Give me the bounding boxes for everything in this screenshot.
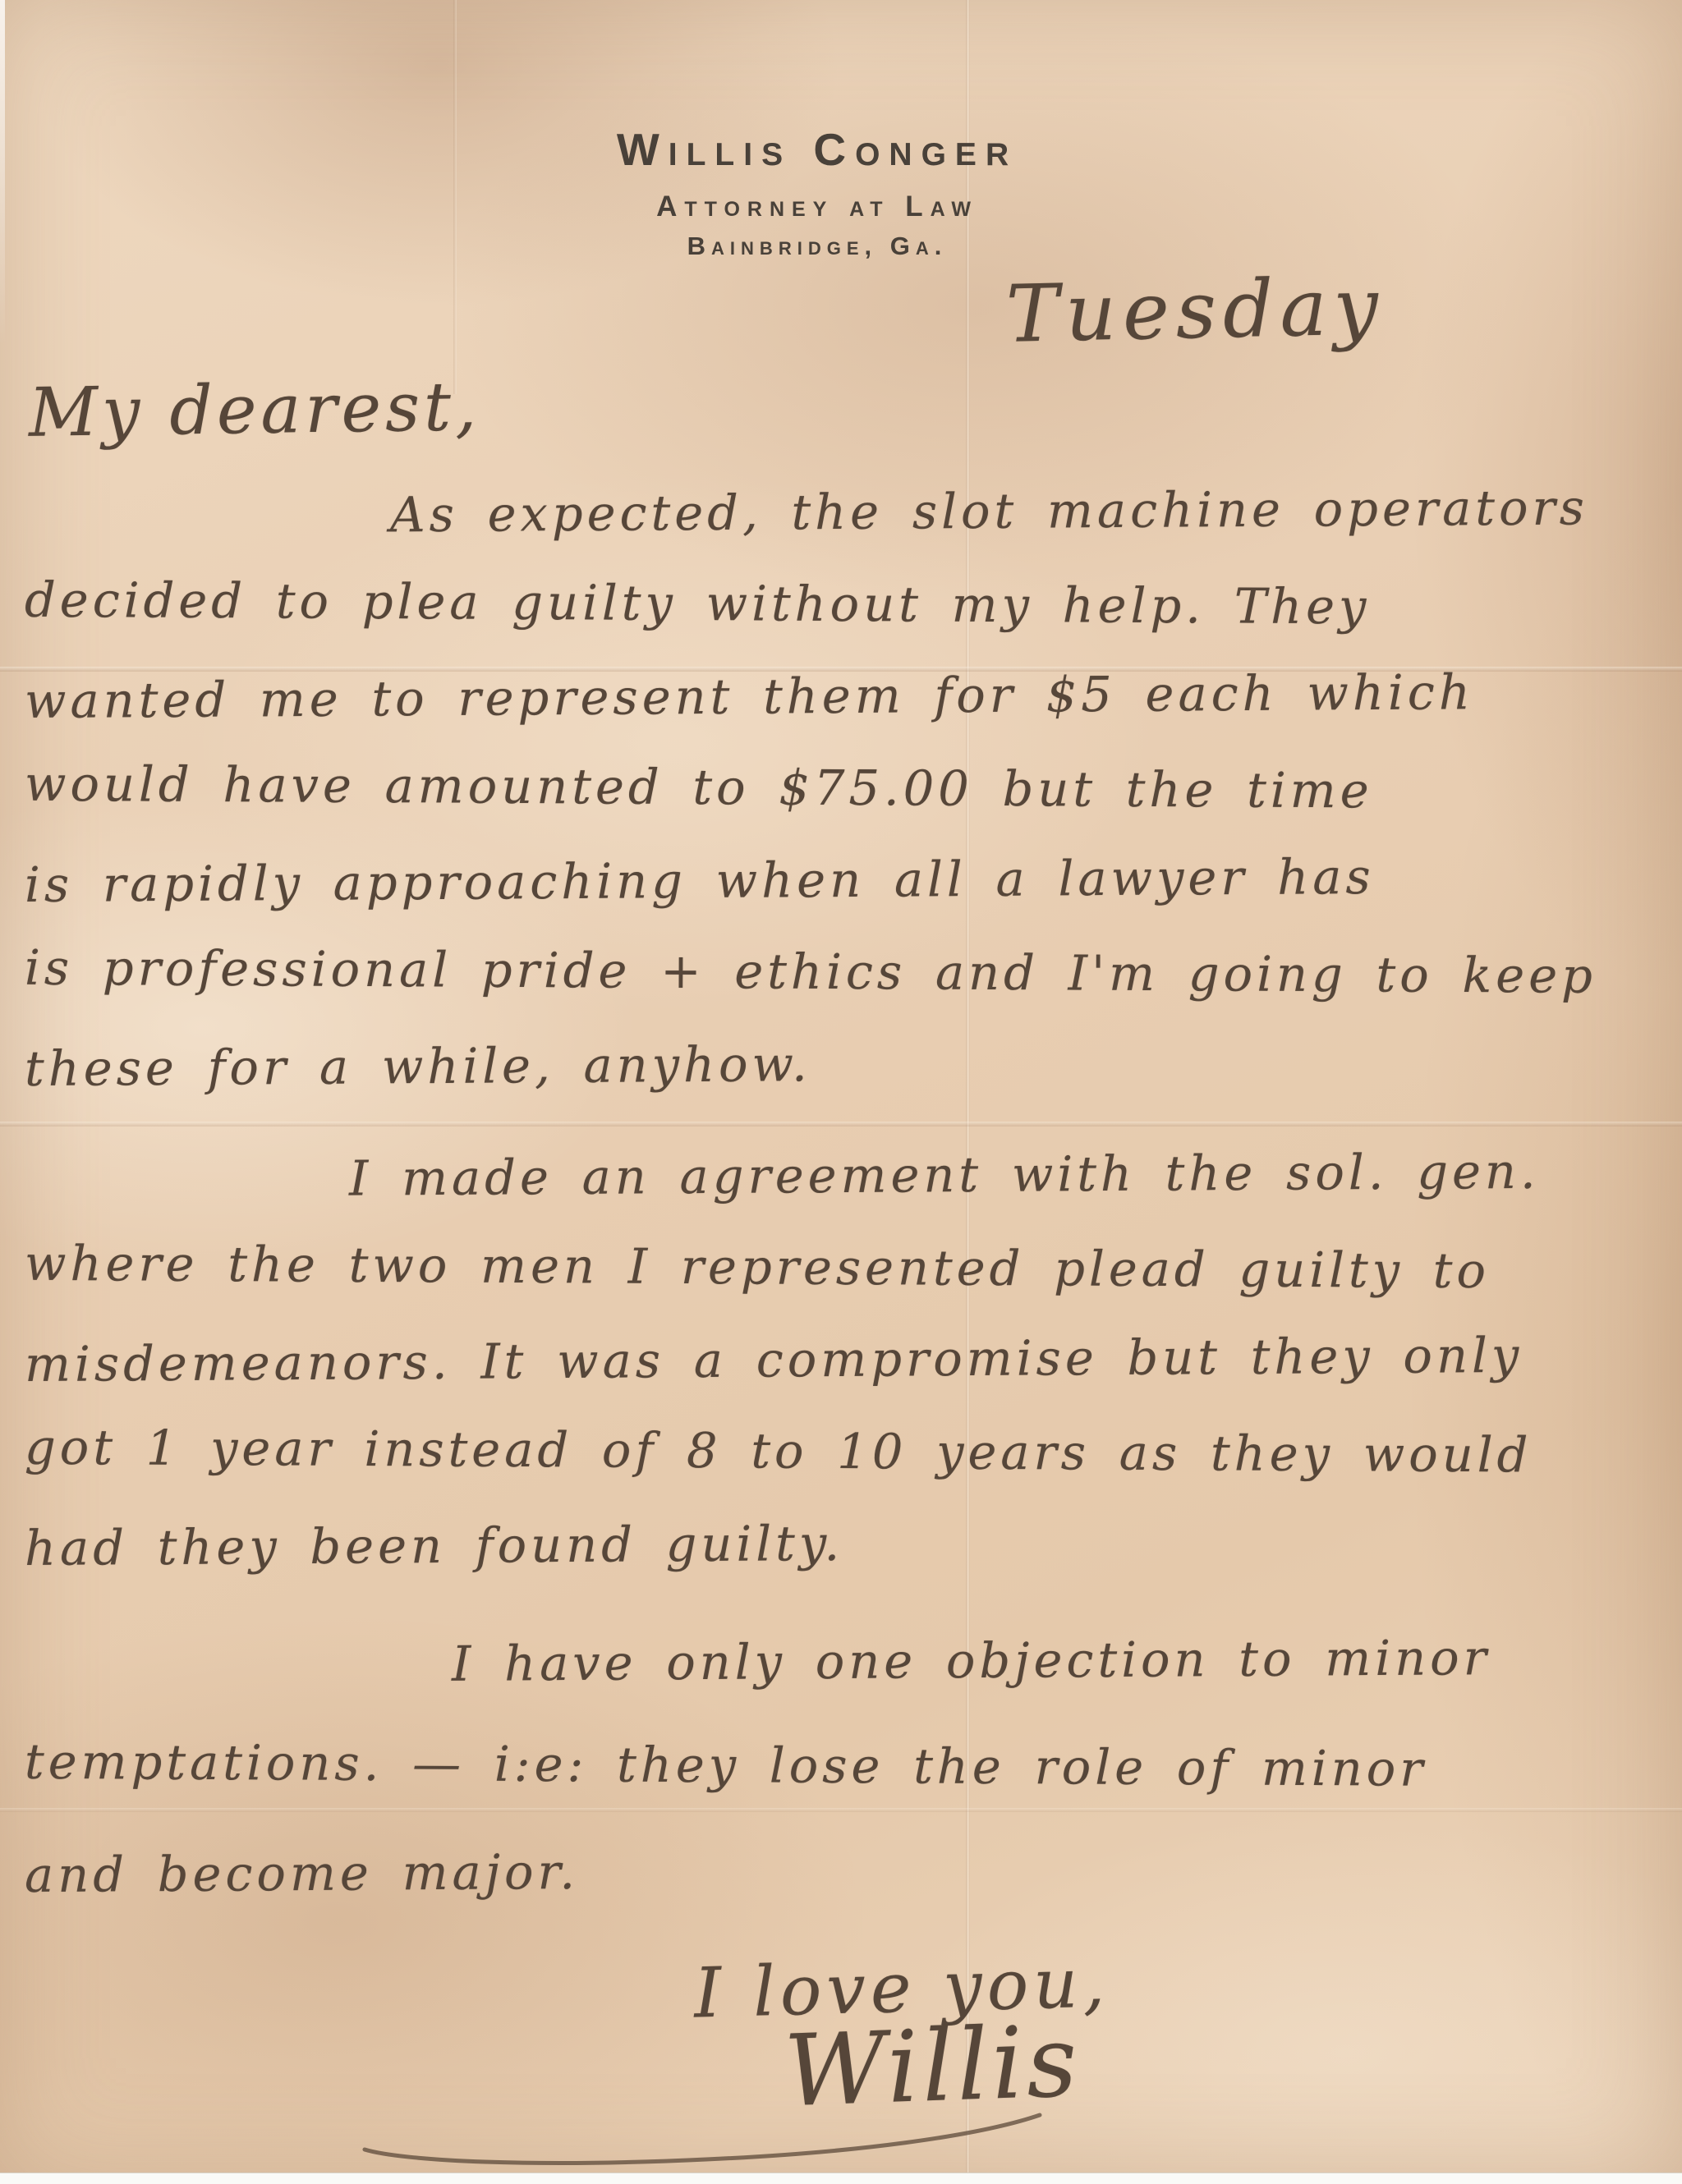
paragraph: As expected, the slot machine operatorsd…: [25, 466, 1655, 1110]
handwritten-line: these for a while, anyhow.: [25, 1013, 1656, 1115]
scanned-letter-page: Willis Conger Attorney at Law Bainbridge…: [0, 0, 1682, 2184]
signature-flourish: [353, 2107, 1051, 2181]
handwritten-line: where the two men I represented plead gu…: [25, 1218, 1656, 1318]
handwritten-line: and become major.: [25, 1813, 1656, 1927]
handwritten-line: I have only one objection to minor: [25, 1604, 1656, 1718]
letterhead-title: Attorney at Law: [0, 190, 1634, 223]
handwritten-line: misdemeanors. It was a compromise but th…: [25, 1309, 1656, 1411]
salutation: My dearest,: [28, 368, 480, 452]
letterhead: Willis Conger Attorney at Law Bainbridge…: [0, 123, 1634, 261]
scan-edge-bottom: [0, 2173, 1682, 2184]
paragraph: I have only one objection to minortempta…: [25, 1609, 1655, 1922]
handwritten-line: had they been found guilty.: [25, 1493, 1656, 1594]
letter-body: As expected, the slot machine operatorsd…: [25, 466, 1655, 1942]
handwritten-line: is professional pride + ethics and I'm g…: [25, 922, 1656, 1022]
date-line: Tuesday: [1005, 260, 1386, 360]
handwritten-line: got 1 year instead of 8 to 10 years as t…: [25, 1402, 1656, 1502]
handwritten-line: I made an agreement with the sol. gen.: [25, 1125, 1656, 1227]
letterhead-city: Bainbridge, Ga.: [0, 232, 1634, 261]
handwritten-line: wanted me to represent them for $5 each …: [25, 645, 1656, 747]
handwritten-line: decided to plea guilty without my help. …: [25, 554, 1656, 654]
handwritten-line: temptations. — i:e: they lose the role o…: [25, 1709, 1656, 1822]
handwritten-line: would have amounted to $75.00 but the ti…: [25, 738, 1656, 838]
handwritten-line: As expected, the slot machine operators: [25, 461, 1656, 563]
handwritten-line: is rapidly approaching when all a lawyer…: [25, 829, 1656, 931]
paragraph: I made an agreement with the sol. gen.wh…: [25, 1130, 1655, 1590]
letterhead-name: Willis Conger: [0, 123, 1634, 176]
